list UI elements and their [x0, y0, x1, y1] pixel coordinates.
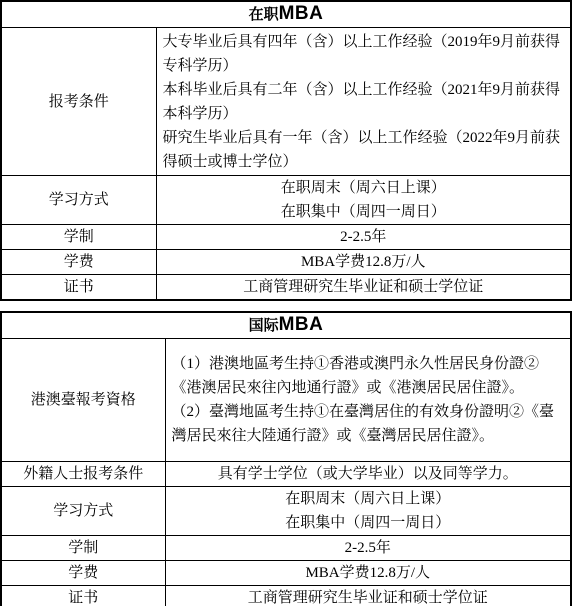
table-header-row: 在职MBA	[1, 1, 571, 28]
document-page: 在职MBA 报考条件 大专毕业后具有四年（含）以上工作经验（2019年9月前获得…	[0, 0, 572, 606]
row-value: 2-2.5年	[165, 536, 571, 561]
qualification-line: （1）港澳地區考生持①香港或澳門永久性居民身份證②《港澳居民來往內地通行證》或《…	[172, 352, 566, 400]
row-label: 外籍人士报考条件	[1, 462, 165, 487]
row-label: 证书	[1, 586, 165, 606]
onjob-mba-table: 在职MBA 报考条件 大专毕业后具有四年（含）以上工作经验（2019年9月前获得…	[0, 0, 572, 301]
study-mode-line: 在职周末（周六日上课）	[166, 487, 571, 511]
row-value: MBA学费12.8万/人	[156, 250, 571, 275]
row-label: 学制	[1, 536, 165, 561]
table-row: 学习方式 在职周末（周六日上课） 在职集中（周四一周日）	[1, 487, 571, 536]
table-header-row: 国际MBA	[1, 312, 571, 339]
table-row: 学习方式 在职周末（周六日上课） 在职集中（周四一周日）	[1, 176, 571, 225]
row-value: 在职周末（周六日上课） 在职集中（周四一周日）	[165, 487, 571, 536]
table-row: 学费 MBA学费12.8万/人	[1, 561, 571, 586]
table-row: 港澳臺報考資格 （1）港澳地區考生持①香港或澳門永久性居民身份證②《港澳居民來往…	[1, 339, 571, 462]
table-row: 学制 2-2.5年	[1, 225, 571, 250]
row-label: 学费	[1, 250, 156, 275]
table-row: 外籍人士报考条件 具有学士学位（或大学毕业）以及同等学力。	[1, 462, 571, 487]
row-value: （1）港澳地區考生持①香港或澳門永久性居民身份證②《港澳居民來往內地通行證》或《…	[165, 339, 571, 462]
table-row: 证书 工商管理研究生毕业证和硕士学位证	[1, 275, 571, 301]
row-label: 学费	[1, 561, 165, 586]
table-title-zh: 国际	[249, 318, 279, 334]
row-label: 港澳臺報考資格	[1, 339, 165, 462]
international-mba-table: 国际MBA 港澳臺報考資格 （1）港澳地區考生持①香港或澳門永久性居民身份證②《…	[0, 311, 572, 606]
study-mode-line: 在职集中（周四一周日）	[166, 511, 571, 535]
table-title-en: MBA	[279, 314, 324, 335]
row-value: 2-2.5年	[156, 225, 571, 250]
row-label: 学习方式	[1, 176, 156, 225]
row-value: 具有学士学位（或大学毕业）以及同等学力。	[165, 462, 571, 487]
table-title: 在职MBA	[1, 1, 571, 28]
row-label: 学习方式	[1, 487, 165, 536]
row-value: 大专毕业后具有四年（含）以上工作经验（2019年9月前获得专科学历） 本科毕业后…	[156, 28, 571, 176]
study-mode-line: 在职集中（周四一周日）	[157, 200, 571, 224]
row-label: 学制	[1, 225, 156, 250]
table-row: 证书 工商管理研究生毕业证和硕士学位证	[1, 586, 571, 606]
qualification-line: （2）臺灣地區考生持①在臺灣居住的有效身份證明②《臺灣居民來往大陸通行證》或《臺…	[172, 400, 566, 448]
row-label: 证书	[1, 275, 156, 301]
table-title-zh: 在职	[249, 7, 279, 23]
table-title-en: MBA	[279, 3, 324, 24]
study-mode-line: 在职周末（周六日上课）	[157, 176, 571, 200]
table-row: 学制 2-2.5年	[1, 536, 571, 561]
condition-line: 研究生毕业后具有一年（含）以上工作经验（2022年9月前获得硕士或博士学位）	[163, 126, 566, 174]
row-label: 报考条件	[1, 28, 156, 176]
row-value: 在职周末（周六日上课） 在职集中（周四一周日）	[156, 176, 571, 225]
condition-line: 本科毕业后具有二年（含）以上工作经验（2021年9月前获得本科学历）	[163, 78, 566, 126]
table-gap	[0, 301, 572, 311]
condition-line: 大专毕业后具有四年（含）以上工作经验（2019年9月前获得专科学历）	[163, 30, 566, 78]
row-value: 工商管理研究生毕业证和硕士学位证	[165, 586, 571, 606]
table-row: 学费 MBA学费12.8万/人	[1, 250, 571, 275]
row-value: MBA学费12.8万/人	[165, 561, 571, 586]
row-value: 工商管理研究生毕业证和硕士学位证	[156, 275, 571, 301]
table-title: 国际MBA	[1, 312, 571, 339]
table-row: 报考条件 大专毕业后具有四年（含）以上工作经验（2019年9月前获得专科学历） …	[1, 28, 571, 176]
